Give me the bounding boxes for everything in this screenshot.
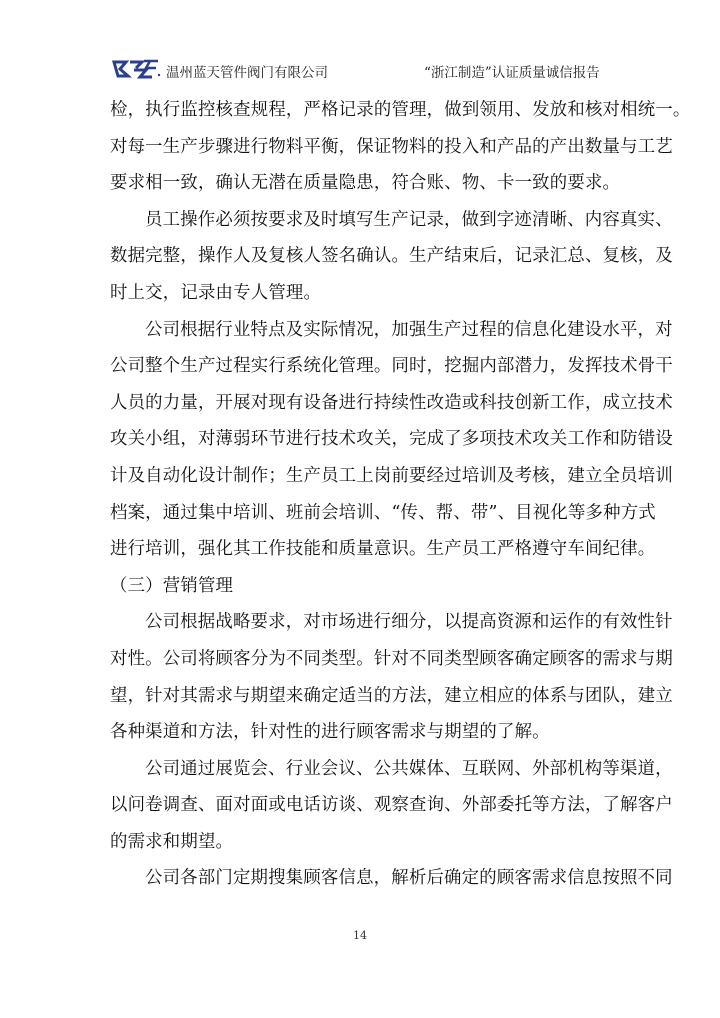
text-line: 对性。公司将顾客分为不同类型。针对不同类型顾客确定顾客的需求与期 [110,641,658,678]
section-heading: （三）营销管理 [110,568,658,605]
text-line: 数据完整，操作人及复核人签名确认。生产结束后，记录汇总、复核，及 [110,238,658,275]
text-line: 公司整个生产过程实行系统化管理。同时，挖掘内部潜力，发挥技术骨干 [110,348,658,385]
text-line: 人员的力量，开展对现有设备进行持续性改造或科技创新工作，成立技术 [110,385,658,422]
company-name: 温州蓝天管件阀门有限公司 [166,61,328,81]
text-line: 计及自动化设计制作；生产员工上岗前要经过培训及考核，建立全员培训 [110,458,658,495]
text-line: 要求相一致，确认无潜在质量隐患，符合账、物、卡一致的要求。 [110,165,658,202]
report-title: “浙江制造”认证质量诚信报告 [424,61,600,81]
text-line: 各种渠道和方法，针对性的进行顾客需求与期望的了解。 [110,714,658,751]
text-line: 检，执行监控核查规程，严格记录的管理，做到领用、发放和核对相统一。 [110,92,658,129]
text-line: 时上交，记录由专人管理。 [110,275,658,312]
text-line: 攻关小组，对薄弱环节进行技术攻关，完成了多项技术攻关工作和防错设 [110,421,658,458]
text-line: 对每一生产步骤进行物料平衡，保证物料的投入和产品的产出数量与工艺 [110,129,658,166]
paragraph-start-line: 公司各部门定期搜集顾客信息，解析后确定的顾客需求信息按照不同 [110,860,658,897]
page-header: 温州蓝天管件阀门有限公司 “浙江制造”认证质量诚信报告 [112,58,652,80]
text-line: 望，针对其需求与期望来确定适当的方法，建立相应的体系与团队，建立 [110,678,658,715]
paragraph-start-line: 公司根据行业特点及实际情况，加强生产过程的信息化建设水平，对 [110,312,658,349]
text-line: 档案，通过集中培训、班前会培训、“传、帮、带”、目视化等多种方式 [110,495,658,532]
paragraph-start-line: 公司通过展览会、行业会议、公共媒体、互联网、外部机构等渠道， [110,751,658,788]
feitian-logo-icon [112,58,162,80]
document-body: 检，执行监控核查规程，严格记录的管理，做到领用、发放和核对相统一。 对每一生产步… [110,92,658,897]
paragraph-start-line: 员工操作必须按要求及时填写生产记录，做到字迹清晰、内容真实、 [110,202,658,239]
page-number: 14 [0,929,720,942]
text-line: 以问卷调查、面对面或电话访谈、观察查询、外部委托等方法，了解客户 [110,787,658,824]
paragraph-start-line: 公司根据战略要求，对市场进行细分，以提高资源和运作的有效性针 [110,604,658,641]
text-line: 进行培训，强化其工作技能和质量意识。生产员工严格遵守车间纪律。 [110,531,658,568]
text-line: 的需求和期望。 [110,824,658,861]
